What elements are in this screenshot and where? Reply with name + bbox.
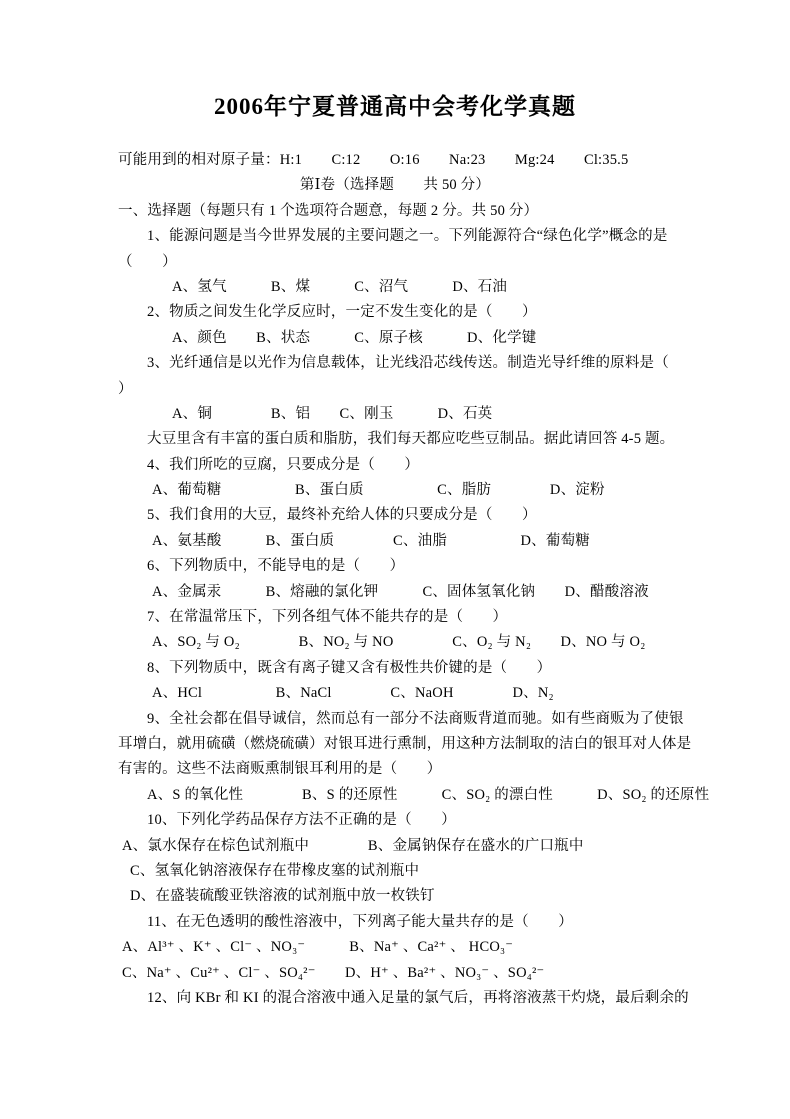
q1-answer-brackets: （ ） bbox=[118, 250, 672, 275]
q6-options-line: A、金属汞 B、熔融的氯化钾 C、固体氢氧化钠 D、醋酸溶液 bbox=[118, 580, 672, 605]
q1-stem-line: 1、能源问题是当今世界发展的主要问题之一。下列能源符合“绿色化学”概念的是 bbox=[118, 224, 672, 249]
q9-stem-line-1: 9、全社会都在倡导诚信，然而总有一部分不法商贩背道而驰。如有些商贩为了使银 bbox=[118, 707, 672, 732]
q2-stem-line: 2、物质之间发生化学反应时，一定不发生变化的是（ ） bbox=[118, 300, 672, 325]
atomic-masses-line: 可能用到的相对原子量：H:1 C:12 O:16 Na:23 Mg:24 Cl:… bbox=[118, 148, 672, 173]
q3-options-line: A、铜 B、铝 C、刚玉 D、石英 bbox=[118, 402, 672, 427]
q7-options-line: A、SO₂ 与 O₂ B、NO₂ 与 NO C、O₂ 与 N₂ D、NO 与 O… bbox=[118, 630, 672, 655]
part1-heading: 第Ⅰ卷（选择题 共 50 分） bbox=[118, 173, 672, 198]
q7-stem-line: 7、在常温常压下，下列各组气体不能共存的是（ ） bbox=[118, 605, 672, 630]
q3-answer-bracket: ） bbox=[118, 377, 672, 402]
q12-stem-line: 12、向 KBr 和 KI 的混合溶液中通入足量的氯气后，再将溶液蒸干灼烧，最后… bbox=[118, 986, 672, 1011]
q3-stem-line: 3、光纤通信是以光作为信息载体，让光线沿芯线传送。制造光导纤维的原料是（ bbox=[118, 351, 672, 376]
q1-options-line: A、氢气 B、煤 C、沼气 D、石油 bbox=[118, 275, 672, 300]
q11-options-ab-line: A、Al³⁺ 、K⁺ 、Cl⁻ 、NO₃⁻ B、Na⁺ 、Ca²⁺ 、 HCO₃… bbox=[118, 935, 672, 960]
q4-options-line: A、葡萄糖 B、蛋白质 C、脂肪 D、淀粉 bbox=[118, 478, 672, 503]
exam-document-page: 2006年宁夏普通高中会考化学真题 可能用到的相对原子量：H:1 C:12 O:… bbox=[0, 0, 790, 1119]
q11-options-cd-line: C、Na⁺ 、Cu²⁺ 、Cl⁻ 、SO₄²⁻ D、H⁺ 、Ba²⁺ 、NO₃⁻… bbox=[118, 961, 672, 986]
q10-option-c-line: C、氢氧化钠溶液保存在带橡皮塞的试剂瓶中 bbox=[118, 859, 672, 884]
q5-stem-line: 5、我们食用的大豆，最终补充给人体的只要成分是（ ） bbox=[118, 503, 672, 528]
q6-stem-line: 6、下列物质中，不能导电的是（ ） bbox=[118, 554, 672, 579]
passage-for-q4-q5: 大豆里含有丰富的蛋白质和脂肪，我们每天都应吃些豆制品。据此请回答 4-5 题。 bbox=[118, 427, 672, 452]
q10-options-ab-line: A、氯水保存在棕色试剂瓶中 B、金属钠保存在盛水的广口瓶中 bbox=[118, 834, 672, 859]
q9-stem-line-2: 耳增白，就用硫磺（燃烧硫磺）对银耳进行熏制，用这种方法制取的洁白的银耳对人体是 bbox=[118, 732, 672, 757]
q8-stem-line: 8、下列物质中，既含有离子键又含有极性共价键的是（ ） bbox=[118, 656, 672, 681]
q4-stem-line: 4、我们所吃的豆腐，只要成分是（ ） bbox=[118, 453, 672, 478]
q9-options-line: A、S 的氧化性 B、S 的还原性 C、SO₂ 的漂白性 D、SO₂ 的还原性 bbox=[118, 783, 672, 808]
q10-stem-line: 10、下列化学药品保存方法不正确的是（ ） bbox=[118, 808, 672, 833]
q9-stem-line-3: 有害的。这些不法商贩熏制银耳利用的是（ ） bbox=[118, 757, 672, 782]
q5-options-line: A、氨基酸 B、蛋白质 C、油脂 D、葡萄糖 bbox=[118, 529, 672, 554]
q2-options-line: A、颜色 B、状态 C、原子核 D、化学键 bbox=[118, 326, 672, 351]
q10-option-d-line: D、在盛装硫酸亚铁溶液的试剂瓶中放一枚铁钉 bbox=[118, 884, 672, 909]
q8-options-line: A、HCl B、NaCl C、NaOH D、N₂ bbox=[118, 681, 672, 706]
section1-heading: 一、选择题（每题只有 1 个选项符合题意，每题 2 分。共 50 分） bbox=[118, 199, 672, 224]
q11-stem-line: 11、在无色透明的酸性溶液中，下列离子能大量共存的是（ ） bbox=[118, 910, 672, 935]
document-title: 2006年宁夏普通高中会考化学真题 bbox=[118, 92, 672, 122]
